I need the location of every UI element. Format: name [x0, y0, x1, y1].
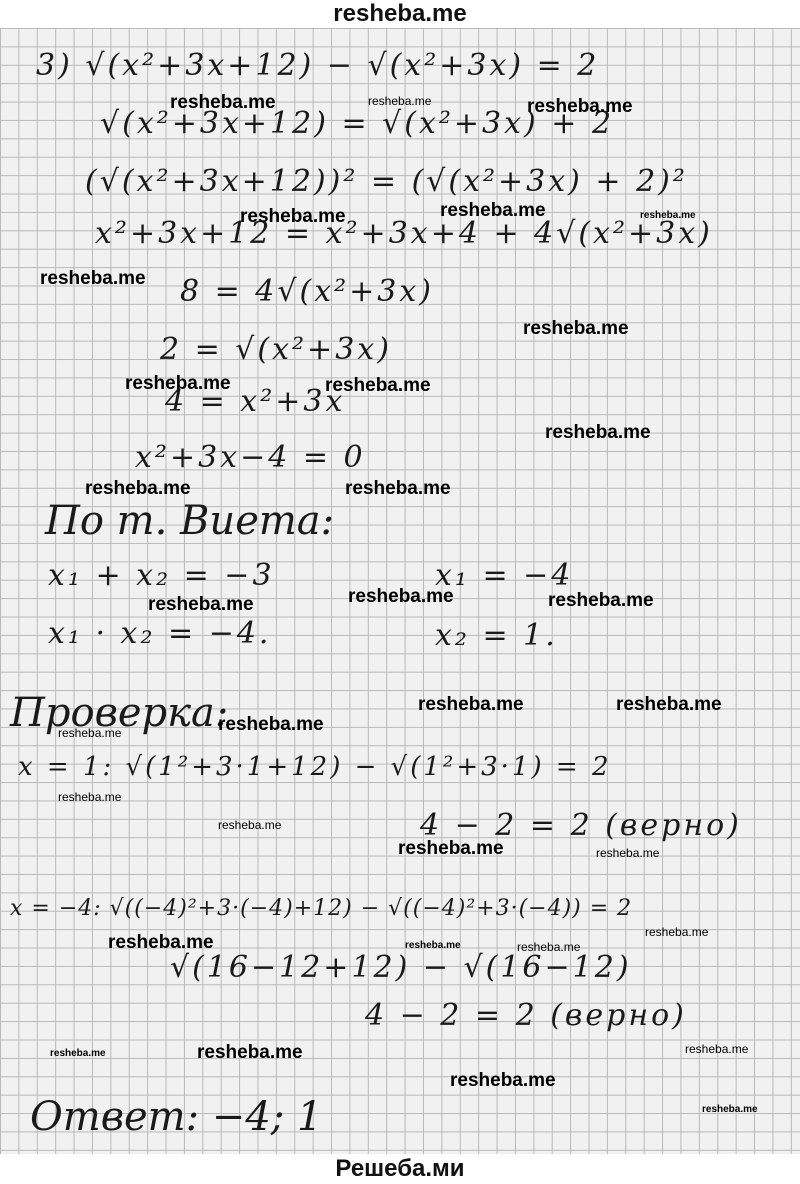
watermark: resheba.me [527, 96, 633, 118]
watermark: resheba.me [368, 94, 431, 108]
watermark: resheba.me [405, 940, 461, 951]
watermark: resheba.me [218, 818, 281, 832]
watermark: resheba.me [85, 478, 191, 500]
watermark: resheba.me [548, 590, 654, 612]
watermark: resheba.me [108, 932, 214, 954]
watermark: resheba.me [398, 838, 504, 860]
watermark: resheba.me [545, 422, 651, 444]
watermark: resheba.me [40, 268, 146, 290]
watermark: resheba.me [148, 594, 254, 616]
notebook-page: 3) √(x²+3x+12) − √(x²+3x) = 2 √(x²+3x+12… [0, 28, 800, 1154]
root-line: x₂ = 1. [435, 618, 558, 653]
watermark: resheba.me [218, 714, 324, 736]
watermark: resheba.me [596, 846, 659, 860]
watermark: resheba.me [348, 586, 454, 608]
system-line: x₁ · x₂ = −4. [48, 616, 271, 651]
answer: Ответ: −4; 1 [30, 1094, 322, 1140]
site-footer: Решеба.ми [0, 1154, 800, 1184]
watermark: resheba.me [640, 210, 696, 221]
root-line: x₁ = −4 [435, 558, 573, 593]
equation-line: 8 = 4√(x²+3x) [180, 274, 434, 309]
watermark: resheba.me [523, 318, 629, 340]
check-line: √(16−12+12) − √(16−12) [170, 950, 632, 985]
equation-line: 3) √(x²+3x+12) − √(x²+3x) = 2 [36, 48, 599, 83]
watermark: resheba.me [58, 790, 121, 804]
watermark: resheba.me [450, 1070, 556, 1092]
system-line: x₁ + x₂ = −3 [48, 558, 275, 593]
check-line: x = −4: √((−4)²+3·(−4)+12) − √((−4)²+3·(… [10, 896, 632, 921]
watermark: resheba.me [170, 92, 276, 114]
vieta-title: По т. Виета: [45, 498, 334, 544]
site-header: resheba.me [0, 0, 800, 28]
watermark: resheba.me [517, 940, 580, 954]
watermark: resheba.me [125, 373, 231, 395]
equation-line: 2 = √(x²+3x) [160, 332, 392, 367]
equation-line: x²+3x−4 = 0 [135, 440, 366, 475]
check-line: 4 − 2 = 2 (верно) [365, 998, 687, 1033]
watermark: resheba.me [50, 1048, 106, 1059]
watermark: resheba.me [325, 375, 431, 397]
check-line: x = 1: √(1²+3·1+12) − √(1²+3·1) = 2 [18, 752, 612, 782]
watermark: resheba.me [345, 478, 451, 500]
equation-line: (√(x²+3x+12))² = (√(x²+3x) + 2)² [85, 164, 688, 199]
equation-line: x²+3x+12 = x²+3x+4 + 4√(x²+3x) [95, 216, 713, 251]
watermark: resheba.me [197, 1042, 303, 1064]
watermark: resheba.me [58, 726, 121, 740]
watermark: resheba.me [645, 925, 708, 939]
watermark: resheba.me [685, 1042, 748, 1056]
watermark: resheba.me [240, 206, 346, 228]
watermark: resheba.me [616, 694, 722, 716]
watermark: resheba.me [440, 200, 546, 222]
watermark: resheba.me [418, 694, 524, 716]
watermark: resheba.me [702, 1104, 758, 1115]
